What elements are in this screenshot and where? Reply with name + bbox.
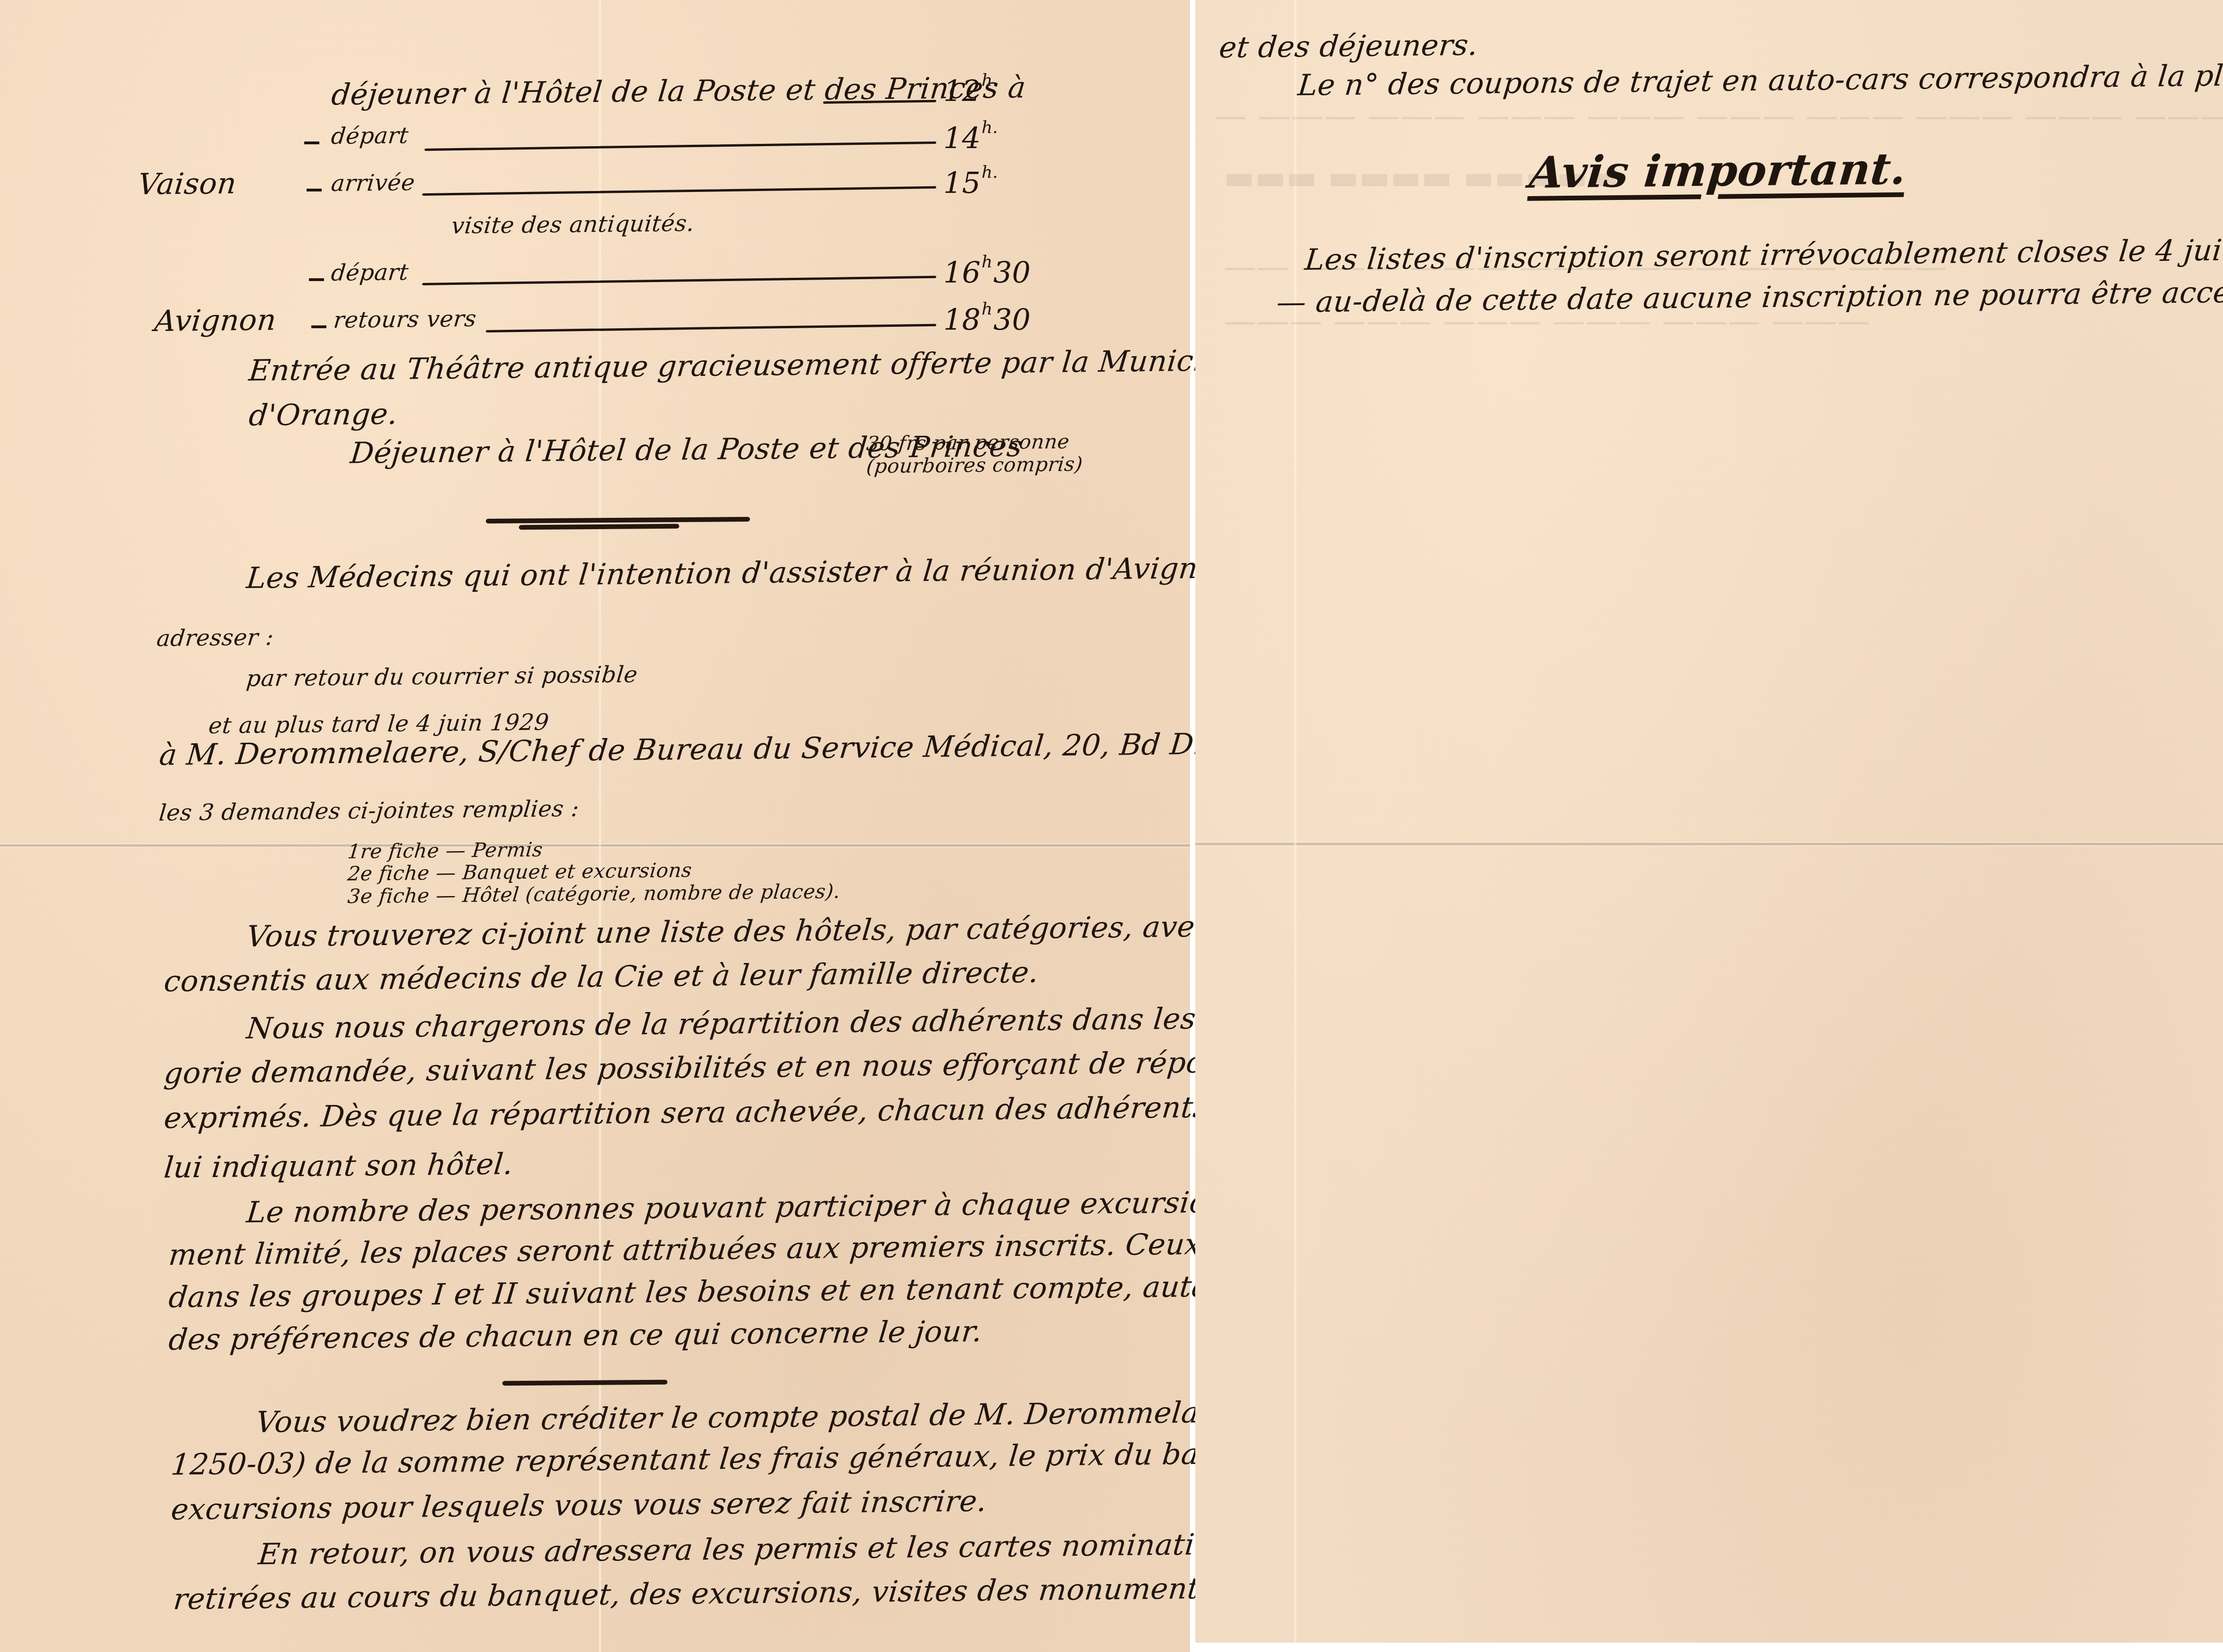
notice-title: Avis important. xyxy=(1528,147,1908,194)
bleed-through-text: — ——— ——— ——— ——— ——— ——— ——— ——— ——— xyxy=(1214,97,2223,135)
para4-line-4: des préférences de chacun en ce qui conc… xyxy=(167,1317,983,1354)
separator-rule-short xyxy=(519,524,679,530)
schedule-depart-text: départ xyxy=(330,124,409,148)
para3-line-4: lui indiquant son hôtel. xyxy=(163,1149,515,1182)
schedule-arrival-leader xyxy=(422,186,936,196)
notice-line-1: Les listes d'inscription seront irrévoca… xyxy=(1304,235,2223,274)
schedule-return-time: 18h30 xyxy=(943,299,1031,337)
schedule-visit-text: visite des antiquités. xyxy=(450,212,695,237)
schedule-lunch-time: 12h. xyxy=(943,71,999,108)
fiche-item: 1re fiche — Permis xyxy=(347,840,544,862)
schedule-arrival-time: 15h. xyxy=(943,163,999,200)
schedule-place-avignon: Avignon xyxy=(153,305,278,336)
horizontal-fold-crease xyxy=(1195,842,2223,847)
continuation-line-1: et des déjeuners. xyxy=(1218,30,1479,62)
fiche-item: 3e fiche — Hôtel (catégorie, nombre de p… xyxy=(347,881,841,906)
schedule-dash xyxy=(307,189,322,191)
right-page: — ——— ——— ——— ——— ——— ——— ——— ——— ——— ▬▬… xyxy=(1195,0,2223,1643)
schedule-dash xyxy=(304,141,319,144)
theatre-line-1: Entrée au Théâtre antique gracieusement … xyxy=(248,345,1290,385)
para5-line-3: excursions pour lesquels vous vous serez… xyxy=(170,1486,988,1524)
separator-rule xyxy=(502,1380,667,1386)
schedule-arrival-text: arrivée xyxy=(330,171,416,195)
para1-line-2: adresser : xyxy=(156,626,275,650)
schedule-return-text: retours vers xyxy=(333,307,477,332)
para1-line-4: et au plus tard le 4 juin 1929 xyxy=(208,711,550,737)
schedule-dash xyxy=(311,325,326,328)
lunch-price-note: (pourboires compris) xyxy=(866,454,1084,476)
separator-rule xyxy=(486,517,750,523)
horizontal-fold-crease xyxy=(0,843,1190,848)
theatre-line-2: d'Orange. xyxy=(248,399,399,430)
continuation-line-2: Le n° des coupons de trajet en auto-cars… xyxy=(1297,59,2223,100)
para1-line-1: Les Médecins qui ont l'intention d'assis… xyxy=(245,552,1362,593)
schedule-return-leader xyxy=(486,324,936,332)
schedule-depart2-leader xyxy=(422,276,936,285)
para1-line-6: les 3 demandes ci-jointes remplies : xyxy=(158,797,580,824)
fiche-item: 2e fiche — Banquet et excursions xyxy=(347,860,693,884)
para6-line-2: retirées au cours du banquet, des excurs… xyxy=(172,1573,1300,1614)
para2-line-2: consentis aux médecins de la Cie et à le… xyxy=(163,958,1040,996)
schedule-depart2-text: départ xyxy=(330,261,409,284)
lunch-price-amount: 30 frs par personne xyxy=(866,432,1070,454)
left-page: déjeuner à l'Hôtel de la Poste et des Pr… xyxy=(0,0,1190,1652)
schedule-depart-leader xyxy=(425,141,936,151)
schedule-depart2-time: 16h30 xyxy=(943,252,1031,290)
schedule-lunch-text: déjeuner à l'Hôtel de la Poste et des Pr… xyxy=(330,73,1027,109)
para1-line-3: par retour du courrier si possible xyxy=(245,663,639,690)
schedule-place-vaison: Vaison xyxy=(137,169,238,199)
schedule-dash xyxy=(309,278,324,281)
schedule-depart-time: 14h. xyxy=(943,118,999,155)
vertical-fold-crease xyxy=(1293,0,1297,1643)
